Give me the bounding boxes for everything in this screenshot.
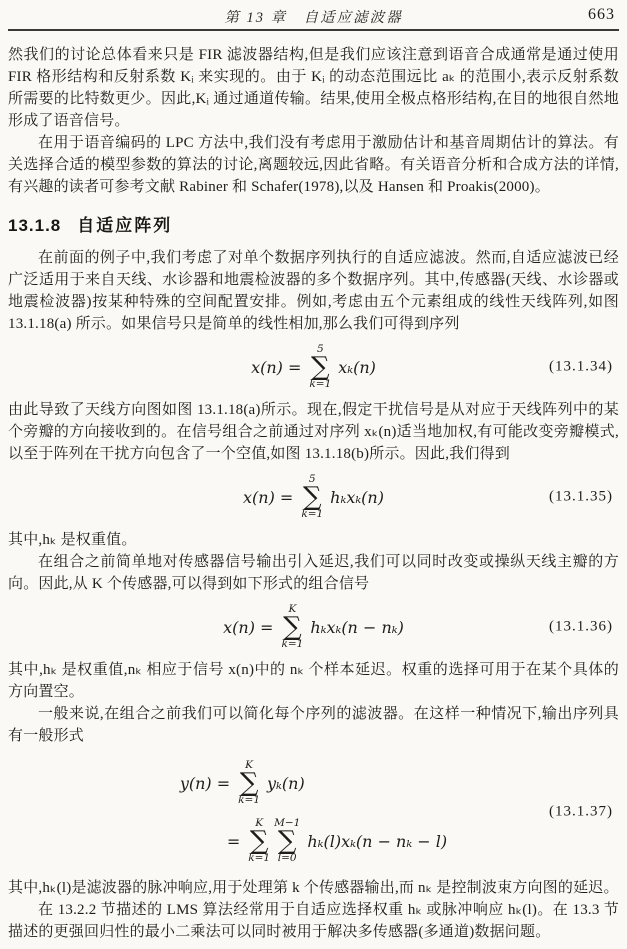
section-heading: 13.1.8自适应阵列 — [8, 211, 619, 236]
sum-lower-limit: k=1 — [248, 853, 270, 864]
equation-13-1-35: x(n) = 5 ∑ k=1 hₖxₖ(n) (13.1.35) — [8, 472, 619, 522]
summation-symbol: K ∑ k=1 — [281, 604, 303, 650]
sigma-glyph: ∑ — [283, 615, 302, 639]
equation-rhs: hₖxₖ(n) — [330, 488, 384, 507]
sigma-glyph: ∑ — [278, 829, 297, 853]
equation-equals: = — [227, 832, 240, 851]
summation-symbol: 5 ∑ k=1 — [301, 474, 323, 520]
equation-13-1-36: x(n) = K ∑ k=1 hₖxₖ(n − nₖ) (13.1.36) — [8, 602, 619, 652]
sum-lower-limit: k=1 — [301, 509, 323, 520]
equation-number: (13.1.34) — [549, 359, 613, 376]
textbook-page: 第 13 章 自适应滤波器 663 然我们的讨论总体看来只是 FIR 滤波器结构… — [0, 0, 627, 949]
sum-lower-limit: k=1 — [309, 379, 331, 390]
equation-line-2: = K ∑ k=1 M−1 ∑ l=0 hₖ(l)xₖ(n − nₖ − l) — [227, 816, 447, 866]
equation-number: (13.1.35) — [549, 489, 613, 506]
equation-number: (13.1.37) — [549, 804, 613, 821]
equation-body: x(n) = K ∑ k=1 hₖxₖ(n − nₖ) — [223, 604, 404, 650]
chapter-title: 第 13 章 自适应滤波器 — [224, 6, 402, 27]
equation-13-1-37: y(n) = K ∑ k=1 yₖ(n) = K ∑ k=1 M−1 ∑ — [8, 753, 619, 871]
summation-symbol: K ∑ k=1 — [248, 818, 270, 864]
equation-lhs: x(n) = — [223, 618, 273, 637]
summation-symbol: 5 ∑ k=1 — [309, 344, 331, 390]
header-rule — [8, 29, 619, 31]
paragraph-lpc-methods: 在用于语音编码的 LPC 方法中,我们没有考虑用于激励估计和基音周期估计的算法。… — [8, 132, 619, 198]
sum-lower-limit: l=0 — [278, 853, 297, 864]
paragraph-lms-reference: 在 13.2.2 节描述的 LMS 算法经常用于自适应选择权重 hₖ 或脉冲响应… — [8, 899, 619, 943]
equation-rhs: hₖ(l)xₖ(n − nₖ − l) — [307, 832, 447, 851]
sigma-glyph: ∑ — [250, 829, 269, 853]
sigma-glyph: ∑ — [303, 485, 322, 509]
section-number: 13.1.8 — [8, 216, 61, 235]
equation-13-1-34: x(n) = 5 ∑ k=1 xₖ(n) (13.1.34) — [8, 342, 619, 392]
page-number: 663 — [588, 6, 615, 24]
sum-lower-limit: k=1 — [238, 795, 260, 806]
sigma-glyph: ∑ — [240, 771, 259, 795]
paragraph-general-form-intro: 一般来说,在组合之前我们可以简化每个序列的滤波器。在这样一种情况下,输出序列具有… — [8, 703, 619, 747]
paragraph-impulse-response-note: 其中,hₖ(l)是滤波器的脉冲响应,用于处理第 k 个传感器输出,而 nₖ 是控… — [8, 877, 619, 899]
paragraph-sample-delay: 其中,hₖ 是权重值,nₖ 相应于信号 x(n)中的 nₖ 个样本延迟。权重的选… — [8, 659, 619, 703]
equation-rhs: xₖ(n) — [338, 358, 376, 377]
equation-line-1: y(n) = K ∑ k=1 yₖ(n) — [180, 758, 305, 808]
paragraph-speech-synthesis: 然我们的讨论总体看来只是 FIR 滤波器结构,但是我们应该注意到语音合成通常是通… — [8, 44, 619, 132]
equation-body: x(n) = 5 ∑ k=1 xₖ(n) — [251, 344, 376, 390]
equation-rhs: yₖ(n) — [267, 774, 305, 793]
equation-number: (13.1.36) — [549, 619, 613, 636]
equation-body: y(n) = K ∑ k=1 yₖ(n) = K ∑ k=1 M−1 ∑ — [180, 758, 447, 866]
paragraph-sensor-delay: 在组合之前简单地对传感器信号输出引入延迟,我们可以同时改变或操纵天线主瓣的方向。… — [8, 551, 619, 595]
summation-symbol: M−1 ∑ l=0 — [274, 818, 300, 864]
paragraph-adaptive-arrays-intro: 在前面的例子中,我们考虑了对单个数据序列执行的自适应滤波。然而,自适应滤波已经广… — [8, 247, 619, 335]
sum-lower-limit: k=1 — [281, 639, 303, 650]
equation-lhs: x(n) = — [251, 358, 301, 377]
sigma-glyph: ∑ — [311, 355, 330, 379]
paragraph-weight-note: 其中,hₖ 是权重值。 — [8, 529, 619, 551]
summation-symbol: K ∑ k=1 — [238, 760, 260, 806]
section-title: 自适应阵列 — [77, 216, 172, 235]
equation-body: x(n) = 5 ∑ k=1 hₖxₖ(n) — [243, 474, 384, 520]
running-head: 第 13 章 自适应滤波器 663 — [8, 6, 619, 26]
equation-lhs: x(n) = — [243, 488, 293, 507]
equation-rhs: hₖxₖ(n − nₖ) — [310, 618, 404, 637]
equation-lhs: y(n) = — [180, 774, 230, 793]
paragraph-antenna-pattern: 由此导致了天线方向图如图 13.1.18(a)所示。现在,假定干扰信号是从对应于… — [8, 399, 619, 465]
